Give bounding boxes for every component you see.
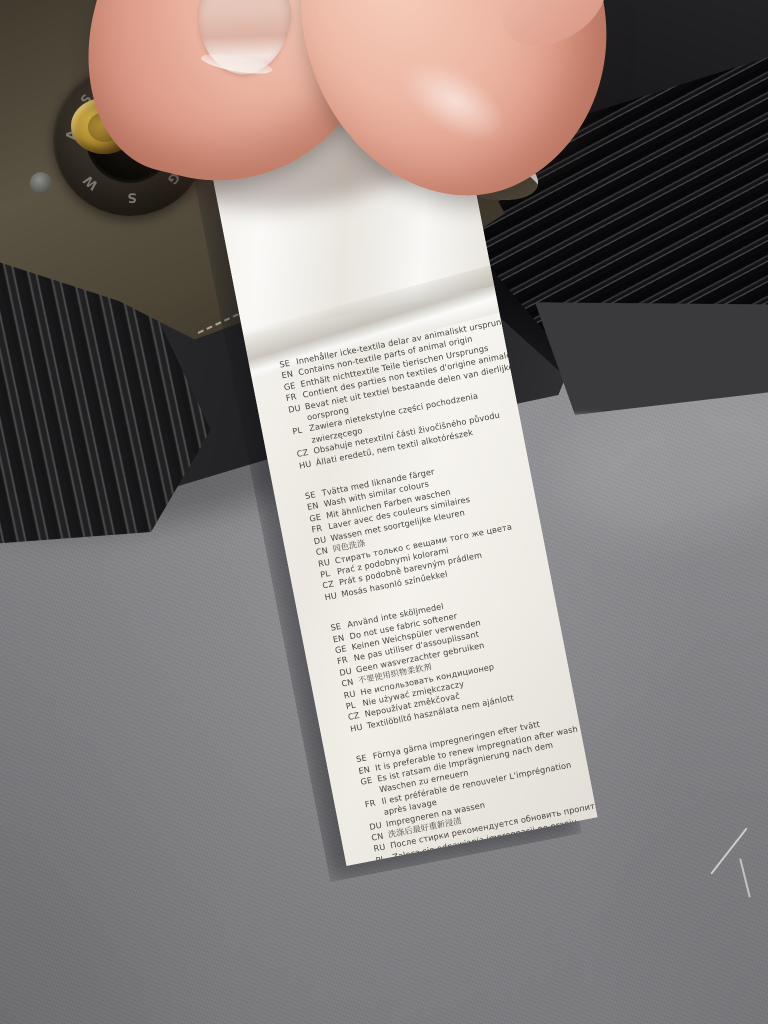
- small-rivet: [30, 172, 52, 194]
- photo-scene: WASAGS SEInnehåller icke-textila delar a…: [0, 0, 768, 1024]
- language-code: HU: [298, 457, 317, 471]
- language-code: HU: [349, 721, 368, 735]
- snap-letter: S: [127, 189, 137, 204]
- snap-letter: W: [81, 172, 102, 193]
- care-block-no-fabric-softener: SEAnvänd inte sköljmedelENDo not use fab…: [330, 582, 562, 735]
- care-block-wash-similar-colours: SETvätta med liknande färgerENWash with …: [304, 451, 536, 604]
- language-code: HU: [324, 589, 343, 603]
- care-block-animal-origin: SEInnehåller icke-textila delar av anima…: [279, 319, 511, 472]
